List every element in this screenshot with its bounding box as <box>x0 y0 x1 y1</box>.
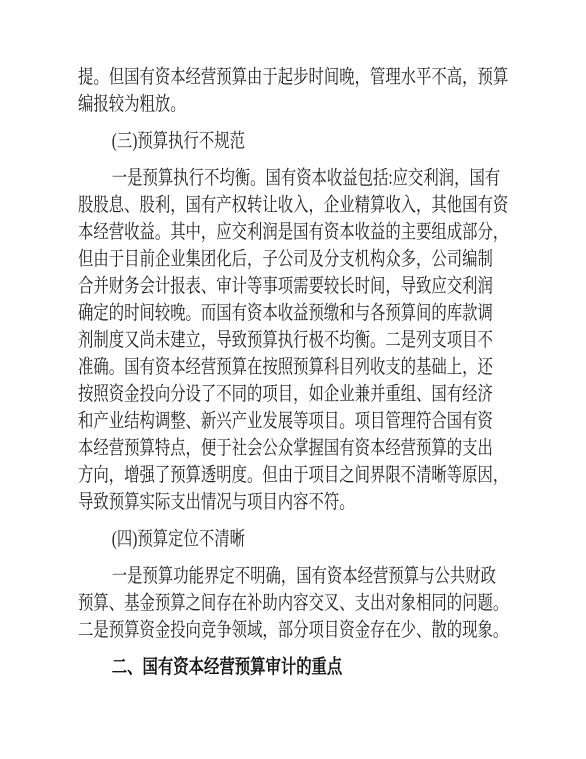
document-text-line: 预算、基金预算之间存在补助内容交叉、支出对象相同的问题。 <box>78 590 508 617</box>
document-text-line: 提。但国有资本经营预算由于起步时间晚，管理水平不高，预算 <box>78 64 508 91</box>
document-text-line: 方向，增强了预算透明度。但由于项目之间界限不清晰等原因， <box>78 462 508 489</box>
document-text-line: 一是预算执行不均衡。国有资本收益包括:应交利润，国有 <box>78 165 508 192</box>
document-text-line: 本经营收益。其中，应交利润是国有资本收益的主要组成部分， <box>78 219 508 246</box>
document-text-line: 导致预算实际支出情况与项目内容不符。 <box>78 489 508 516</box>
document-text-line: 本经营预算特点，便于社会公众掌握国有资本经营预算的支出 <box>78 435 508 462</box>
document-text-line: 一是预算功能界定不明确，国有资本经营预算与公共财政 <box>78 563 508 590</box>
document-text-line: 按照资金投向分设了不同的项目，如企业兼并重组、国有经济 <box>78 381 508 408</box>
document-text-block: 提。但国有资本经营预算由于起步时间晚，管理水平不高，预算编报较为粗放。(三)预算… <box>78 64 508 681</box>
document-page: 提。但国有资本经营预算由于起步时间晚，管理水平不高，预算编报较为粗放。(三)预算… <box>0 0 586 759</box>
document-text-line: 但由于目前企业集团化后，子公司及分支机构众多，公司编制 <box>78 246 508 273</box>
document-text-line: 确定的时间较晚。而国有资本收益预缴和与各预算间的库款调 <box>78 300 508 327</box>
document-text-line: 合并财务会计报表、审计等事项需要较长时间，导致应交利润 <box>78 273 508 300</box>
document-text-line: 和产业结构调整、新兴产业发展等项目。项目管理符合国有资 <box>78 408 508 435</box>
document-text-line: 编报较为粗放。 <box>78 91 508 118</box>
document-text-line: 二是预算资金投向竞争领域，部分项目资金存在少、散的现象。 <box>78 617 508 644</box>
document-text-line: 剂制度又尚未建立，导致预算执行极不均衡。二是列支项目不 <box>78 327 508 354</box>
section-subheading: (四)预算定位不清晰 <box>78 526 508 553</box>
document-text-line: 股股息、股利，国有产权转让收入，企业精算收入，其他国有资 <box>78 192 508 219</box>
document-text-line: 准确。国有资本经营预算在按照预算科目列收支的基础上，还 <box>78 354 508 381</box>
section-heading: 二、国有资本经营预算审计的重点 <box>78 654 508 681</box>
section-subheading: (三)预算执行不规范 <box>78 128 508 155</box>
